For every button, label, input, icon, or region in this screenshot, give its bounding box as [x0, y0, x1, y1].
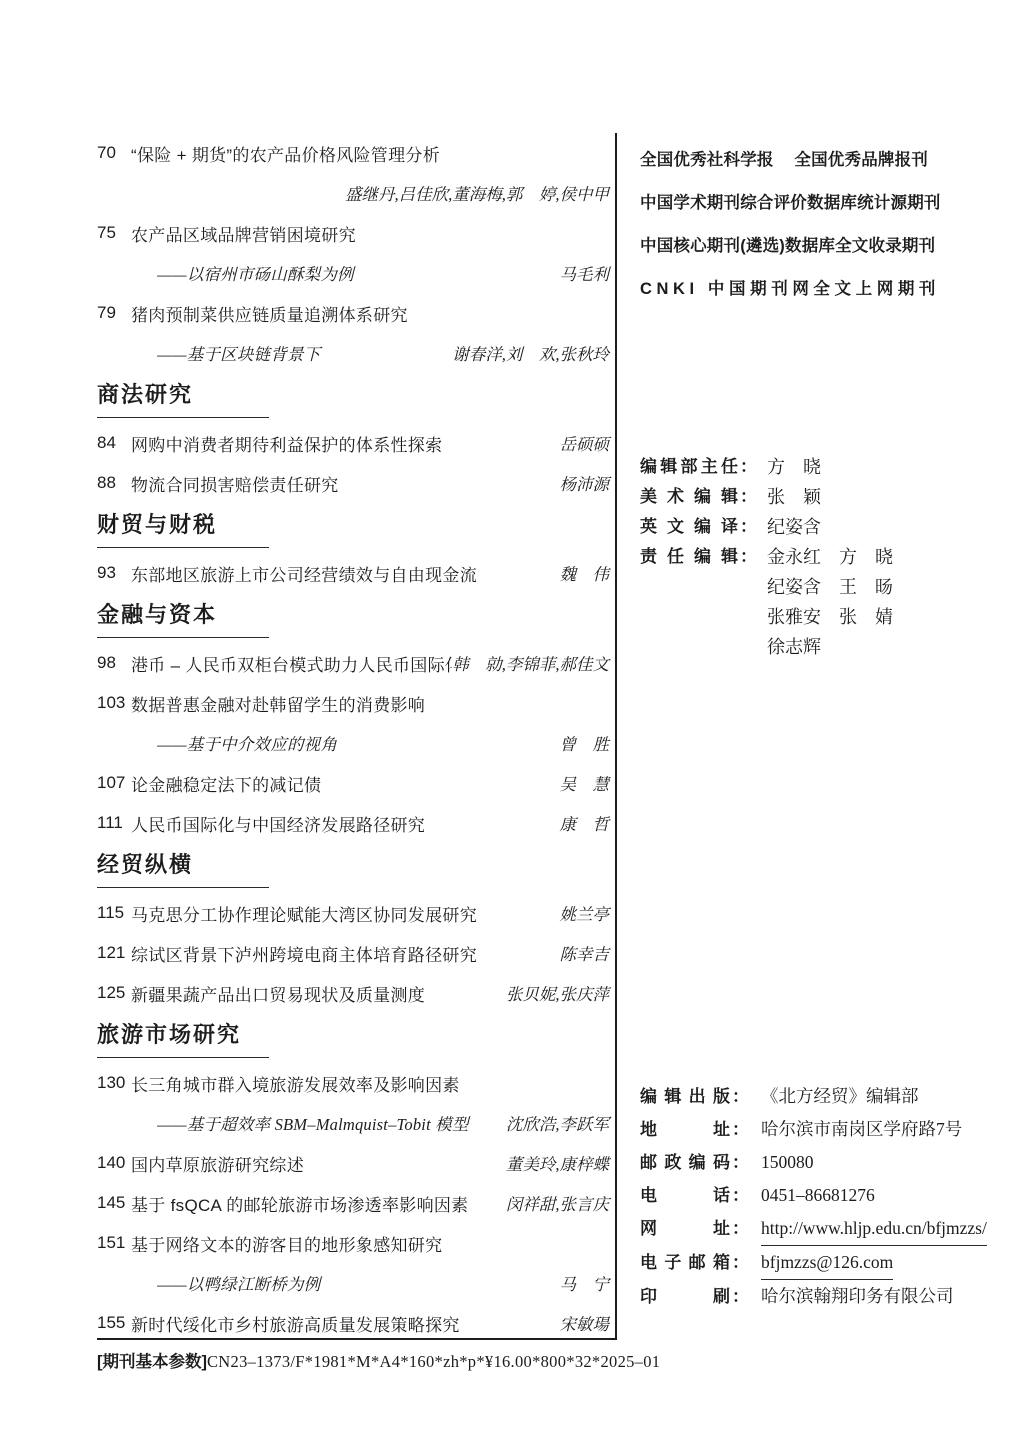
accolade-line: 全国优秀社科学报 全国优秀品牌报刊: [640, 136, 928, 179]
accolade-text: 全国优秀品牌报刊: [794, 146, 928, 170]
article-title: 综试区背景下泸州跨境电商主体培育路径研究: [131, 941, 560, 966]
article-title: 长三角城市群入境旅游发展效率及影响因素: [131, 1071, 609, 1096]
article-title: 东部地区旅游上市公司经营绩效与自由现金流: [131, 561, 560, 586]
publisher-info-block: 编辑出版 ： 《北方经贸》编辑部 地址 ： 哈尔滨市南岗区学府路7号 邮政编码 …: [640, 1080, 950, 1313]
toc-entry: 84网购中消费者期待利益保护的体系性探索岳硕硕: [97, 423, 615, 463]
article-title: 新时代绥化市乡村旅游高质量发展策略探究: [131, 1311, 560, 1336]
toc-entry: 75农产品区域品牌营销困境研究: [97, 213, 615, 253]
editor-role-label: 责任编辑: [640, 542, 738, 662]
website-link[interactable]: http://www.hljp.edu.cn/bfjmzzs/: [761, 1212, 987, 1246]
publisher-label: 电话: [640, 1179, 730, 1212]
article-title: 猪肉预制菜供应链质量追溯体系研究: [131, 301, 609, 326]
section-heading: 商法研究: [97, 373, 615, 423]
colon: ：: [732, 1146, 749, 1179]
article-authors: 盛继丹,吕佳欣,董海梅,郭 婷,侯中甲: [97, 181, 615, 205]
article-authors: 姚兰亭: [560, 901, 616, 925]
journal-parameters-line: [期刊基本参数]CN23–1373/F*1981*M*A4*160*zh*p*¥…: [97, 1348, 660, 1372]
page-number: 145: [97, 1193, 131, 1213]
toc-subtitle-row: ——以鸭绿江断桥为例马 宁: [97, 1263, 615, 1303]
colon: ：: [732, 1080, 749, 1113]
editor-role-label: 美术编辑: [640, 482, 738, 512]
page-number: 84: [97, 433, 131, 453]
section-heading: 金融与资本: [97, 593, 615, 643]
toc-entry: 93东部地区旅游上市公司经营绩效与自由现金流魏 伟: [97, 553, 615, 593]
article-title: 马克思分工协作理论赋能大湾区协同发展研究: [131, 901, 560, 926]
article-title: 人民币国际化与中国经济发展路径研究: [131, 811, 560, 836]
article-authors: 闵祥甜,张言庆: [506, 1191, 615, 1215]
editorial-staff-block: 编辑部主任 ： 方 晓 美术编辑 ： 张 颖 英文编译 ： 纪姿含 责任编辑 ：…: [640, 452, 940, 662]
toc-entry: 79猪肉预制菜供应链质量追溯体系研究: [97, 293, 615, 333]
section-underline: [97, 887, 269, 888]
publisher-label: 地址: [640, 1113, 730, 1146]
article-title: 港币 – 人民币双柜台模式助力人民币国际化: [131, 651, 452, 676]
editor-role-label: 英文编译: [640, 512, 738, 542]
article-title: ——基于超效率 SBM–Malmquist–Tobit 模型: [157, 1111, 506, 1135]
page-number: 115: [97, 903, 131, 923]
accolade-line: CNKI 中国期刊网全文上网期刊: [640, 265, 928, 308]
editor-row: 责任编辑 ： 金永红 方 晓 纪姿含 王 旸 张雅安 张 婧 徐志辉: [640, 542, 940, 662]
address-value: 哈尔滨市南岗区学府路7号: [761, 1113, 962, 1146]
publisher-row: 网址 ： http://www.hljp.edu.cn/bfjmzzs/: [640, 1212, 950, 1246]
parameters-label: [期刊基本参数]: [97, 1353, 207, 1371]
publisher-label: 网址: [640, 1212, 730, 1246]
article-authors: 沈欣浩,李跃军: [506, 1111, 615, 1135]
toc-entry: 88物流合同损害赔偿责任研究杨沛源: [97, 463, 615, 503]
section-heading: 旅游市场研究: [97, 1013, 615, 1063]
page-number: 103: [97, 693, 131, 713]
editor-row: 英文编译 ： 纪姿含: [640, 512, 940, 542]
page-number: 111: [97, 813, 131, 833]
toc-entry: 107论金融稳定法下的减记债吴 慧: [97, 763, 615, 803]
colon: ：: [740, 512, 757, 542]
editor-name: 纪姿含 王 旸: [767, 572, 893, 602]
article-authors: 董美玲,康梓蝶: [506, 1151, 615, 1175]
toc-entry: 145基于 fsQCA 的邮轮旅游市场渗透率影响因素闵祥甜,张言庆: [97, 1183, 615, 1223]
section-heading-label: 经贸纵横: [97, 852, 193, 877]
publisher-label: 邮政编码: [640, 1146, 730, 1179]
page-number: 88: [97, 473, 131, 493]
toc-entry: 70“保险 + 期货”的农产品价格风险管理分析: [97, 133, 615, 173]
section-heading-label: 旅游市场研究: [97, 1022, 241, 1047]
toc-entry: 151基于网络文本的游客目的地形象感知研究: [97, 1223, 615, 1263]
section-underline: [97, 547, 269, 548]
article-authors: 宋敏瑒: [560, 1311, 616, 1335]
publisher-value: 《北方经贸》编辑部: [761, 1080, 919, 1113]
toc-column: 70“保险 + 期货”的农产品价格风险管理分析盛继丹,吕佳欣,董海梅,郭 婷,侯…: [97, 133, 617, 1340]
publisher-row: 邮政编码 ： 150080: [640, 1146, 950, 1179]
toc-entry: 130长三角城市群入境旅游发展效率及影响因素: [97, 1063, 615, 1103]
article-authors: 陈幸吉: [560, 941, 616, 965]
toc-entry: 98港币 – 人民币双柜台模式助力人民币国际化韩 勍,李锦菲,郝佳文: [97, 643, 615, 683]
section-underline: [97, 417, 269, 418]
email-link[interactable]: bfjmzzs@126.com: [761, 1246, 893, 1280]
article-title: 基于 fsQCA 的邮轮旅游市场渗透率影响因素: [131, 1191, 506, 1216]
publisher-label: 编辑出版: [640, 1080, 730, 1113]
accolades-block: 全国优秀社科学报 全国优秀品牌报刊 中国学术期刊综合评价数据库统计源期刊 中国核…: [640, 136, 928, 308]
article-authors: 曾 胜: [560, 731, 616, 755]
article-authors: 谢春洋,刘 欢,张秋玲: [452, 341, 615, 365]
section-heading-label: 金融与资本: [97, 602, 217, 627]
colon: ：: [740, 542, 757, 662]
article-title: 网购中消费者期待利益保护的体系性探索: [131, 431, 560, 456]
toc-subtitle-row: ——基于中介效应的视角曾 胜: [97, 723, 615, 763]
article-authors: 马 宁: [560, 1271, 616, 1295]
editor-name: 张雅安 张 婧: [767, 602, 893, 632]
colon: ：: [732, 1246, 749, 1280]
toc-subtitle-row: ——基于超效率 SBM–Malmquist–Tobit 模型沈欣浩,李跃军: [97, 1103, 615, 1143]
toc-rows: 70“保险 + 期货”的农产品价格风险管理分析盛继丹,吕佳欣,董海梅,郭 婷,侯…: [97, 133, 615, 1340]
article-authors: 张贝妮,张庆萍: [506, 981, 615, 1005]
article-title: ——以鸭绿江断桥为例: [157, 1271, 560, 1295]
colon: ：: [732, 1113, 749, 1146]
article-authors: 吴 慧: [560, 771, 616, 795]
page-number: 130: [97, 1073, 131, 1093]
section-heading: 经贸纵横: [97, 843, 615, 893]
toc-entry: 111人民币国际化与中国经济发展路径研究康 哲: [97, 803, 615, 843]
toc-subtitle-row: ——基于区块链背景下谢春洋,刘 欢,张秋玲: [97, 333, 615, 373]
publisher-row: 编辑出版 ： 《北方经贸》编辑部: [640, 1080, 950, 1113]
article-authors: 岳硕硕: [560, 431, 616, 455]
article-title: 数据普惠金融对赴韩留学生的消费影响: [131, 691, 609, 716]
editor-row: 美术编辑 ： 张 颖: [640, 482, 940, 512]
toc-entry: 140国内草原旅游研究综述董美玲,康梓蝶: [97, 1143, 615, 1183]
page-number: 155: [97, 1313, 131, 1333]
printer-value: 哈尔滨翰翔印务有限公司: [761, 1280, 954, 1313]
page-number: 70: [97, 143, 131, 163]
article-authors: 杨沛源: [560, 471, 616, 495]
article-title: 基于网络文本的游客目的地形象感知研究: [131, 1231, 609, 1256]
section-heading-label: 商法研究: [97, 382, 193, 407]
article-title: ——以宿州市砀山酥梨为例: [157, 261, 560, 285]
toc-entry: 103数据普惠金融对赴韩留学生的消费影响: [97, 683, 615, 723]
page-number: 93: [97, 563, 131, 583]
page-number: 151: [97, 1233, 131, 1253]
colon: ：: [740, 482, 757, 512]
article-authors: 魏 伟: [560, 561, 616, 585]
section-heading: 财贸与财税: [97, 503, 615, 553]
page-number: 121: [97, 943, 131, 963]
article-authors: 马毛利: [560, 261, 616, 285]
toc-entry: 155新时代绥化市乡村旅游高质量发展策略探究宋敏瑒: [97, 1303, 615, 1340]
article-authors: 韩 勍,李锦菲,郝佳文: [452, 651, 615, 675]
article-title: ——基于中介效应的视角: [157, 731, 560, 755]
page-number: 79: [97, 303, 131, 323]
toc-subtitle-row: ——以宿州市砀山酥梨为例马毛利: [97, 253, 615, 293]
page-number: 107: [97, 773, 131, 793]
colon: ：: [732, 1179, 749, 1212]
publisher-row: 印刷 ： 哈尔滨翰翔印务有限公司: [640, 1280, 950, 1313]
article-title: 国内草原旅游研究综述: [131, 1151, 506, 1176]
publisher-label: 印刷: [640, 1280, 730, 1313]
colon: ：: [732, 1212, 749, 1246]
toc-authors-row: 盛继丹,吕佳欣,董海梅,郭 婷,侯中甲: [97, 173, 615, 213]
colon: ：: [740, 452, 757, 482]
page-number: 140: [97, 1153, 131, 1173]
publisher-row: 电子邮箱 ： bfjmzzs@126.com: [640, 1246, 950, 1280]
section-underline: [97, 637, 269, 638]
article-title: ——基于区块链背景下: [157, 341, 452, 365]
section-heading-label: 财贸与财税: [97, 512, 217, 537]
article-title: 论金融稳定法下的减记债: [131, 771, 560, 796]
publisher-row: 电话 ： 0451–86681276: [640, 1179, 950, 1212]
postcode-value: 150080: [761, 1146, 814, 1179]
article-authors: 康 哲: [560, 811, 616, 835]
editor-name: 纪姿含: [767, 512, 821, 542]
editor-role-label: 编辑部主任: [640, 452, 738, 482]
phone-value: 0451–86681276: [761, 1179, 875, 1212]
toc-entry: 115马克思分工协作理论赋能大湾区协同发展研究姚兰亭: [97, 893, 615, 933]
article-title: 农产品区域品牌营销困境研究: [131, 221, 609, 246]
accolade-line: 中国学术期刊综合评价数据库统计源期刊: [640, 179, 928, 222]
accolade-text: 全国优秀社科学报: [640, 146, 774, 170]
page-number: 75: [97, 223, 131, 243]
editor-row: 编辑部主任 ： 方 晓: [640, 452, 940, 482]
page-number: 98: [97, 653, 131, 673]
article-title: 物流合同损害赔偿责任研究: [131, 471, 560, 496]
editor-name: 金永红 方 晓: [767, 542, 893, 572]
article-title: “保险 + 期货”的农产品价格风险管理分析: [131, 141, 609, 166]
publisher-row: 地址 ： 哈尔滨市南岗区学府路7号: [640, 1113, 950, 1146]
toc-entry: 121综试区背景下泸州跨境电商主体培育路径研究陈幸吉: [97, 933, 615, 973]
colon: ：: [732, 1280, 749, 1313]
editor-name: 方 晓: [767, 452, 821, 482]
section-underline: [97, 1057, 269, 1058]
journal-toc-page: 70“保险 + 期货”的农产品价格风险管理分析盛继丹,吕佳欣,董海梅,郭 婷,侯…: [0, 0, 1024, 1448]
editor-name: 张 颖: [767, 482, 821, 512]
publisher-label: 电子邮箱: [640, 1246, 730, 1280]
article-title: 新疆果蔬产品出口贸易现状及质量测度: [131, 981, 506, 1006]
page-number: 125: [97, 983, 131, 1003]
parameters-value: CN23–1373/F*1981*M*A4*160*zh*p*¥16.00*80…: [207, 1352, 660, 1371]
toc-entry: 125新疆果蔬产品出口贸易现状及质量测度张贝妮,张庆萍: [97, 973, 615, 1013]
accolade-line: 中国核心期刊(遴选)数据库全文收录期刊: [640, 222, 928, 265]
editor-name: 徐志辉: [767, 632, 893, 662]
